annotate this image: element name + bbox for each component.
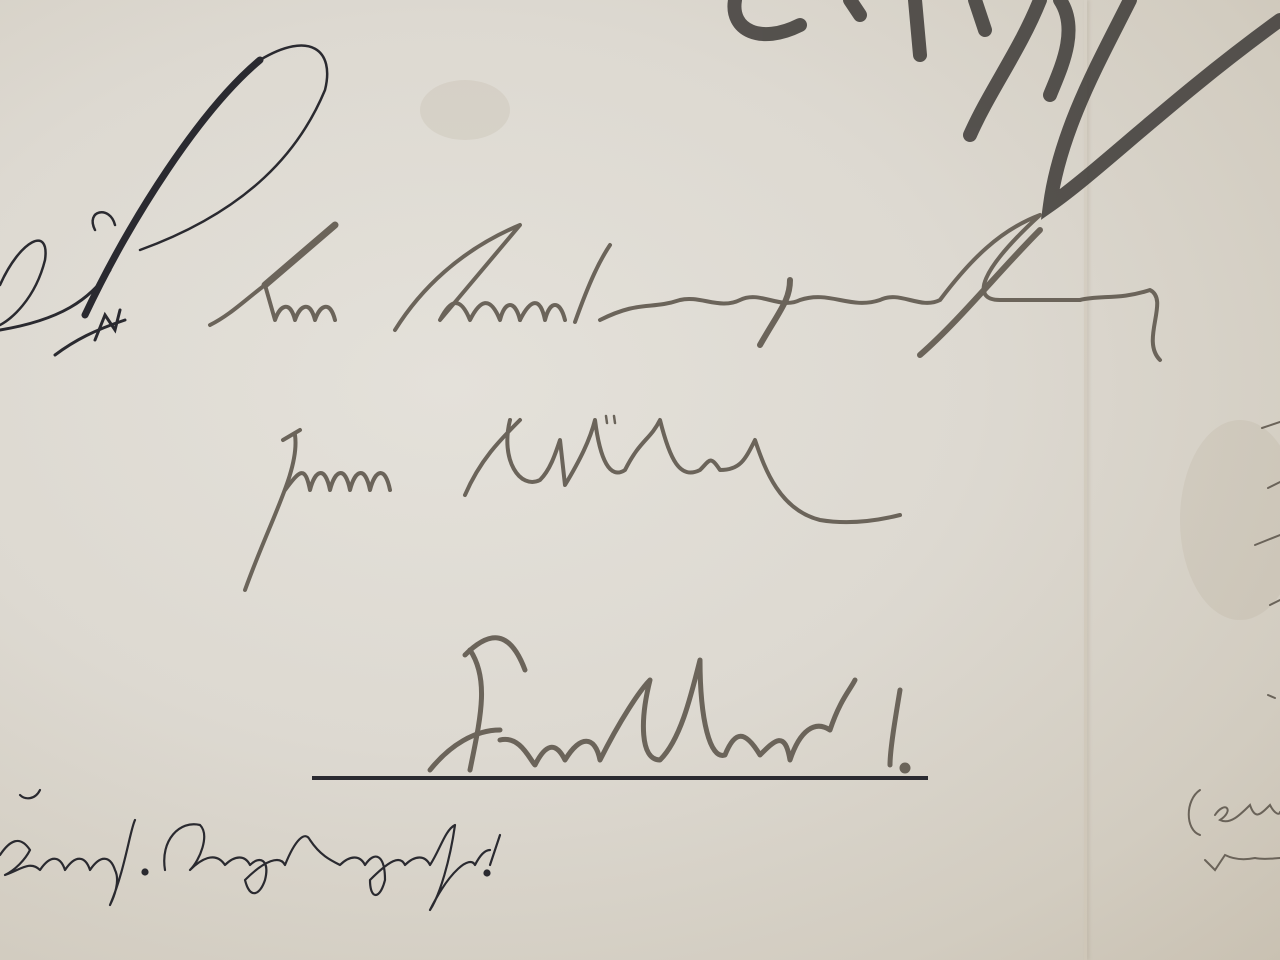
recipient-name: Herrn Lübbecke [245,415,1145,595]
pencil-scrawl-note: (illegible pencil signature/scrawl) [730,0,1280,220]
margin-note-line2: vn… [1200,845,1280,880]
printed-footer: Königl. Angelegenheit! [0,790,510,910]
recipient-title: den Kreisausschuss-Sekretär [210,225,1170,365]
recipient-place: Friedland! [430,630,930,775]
margin-note-line1: (eve… [1185,785,1280,835]
printed-salutation: An [0,230,130,330]
